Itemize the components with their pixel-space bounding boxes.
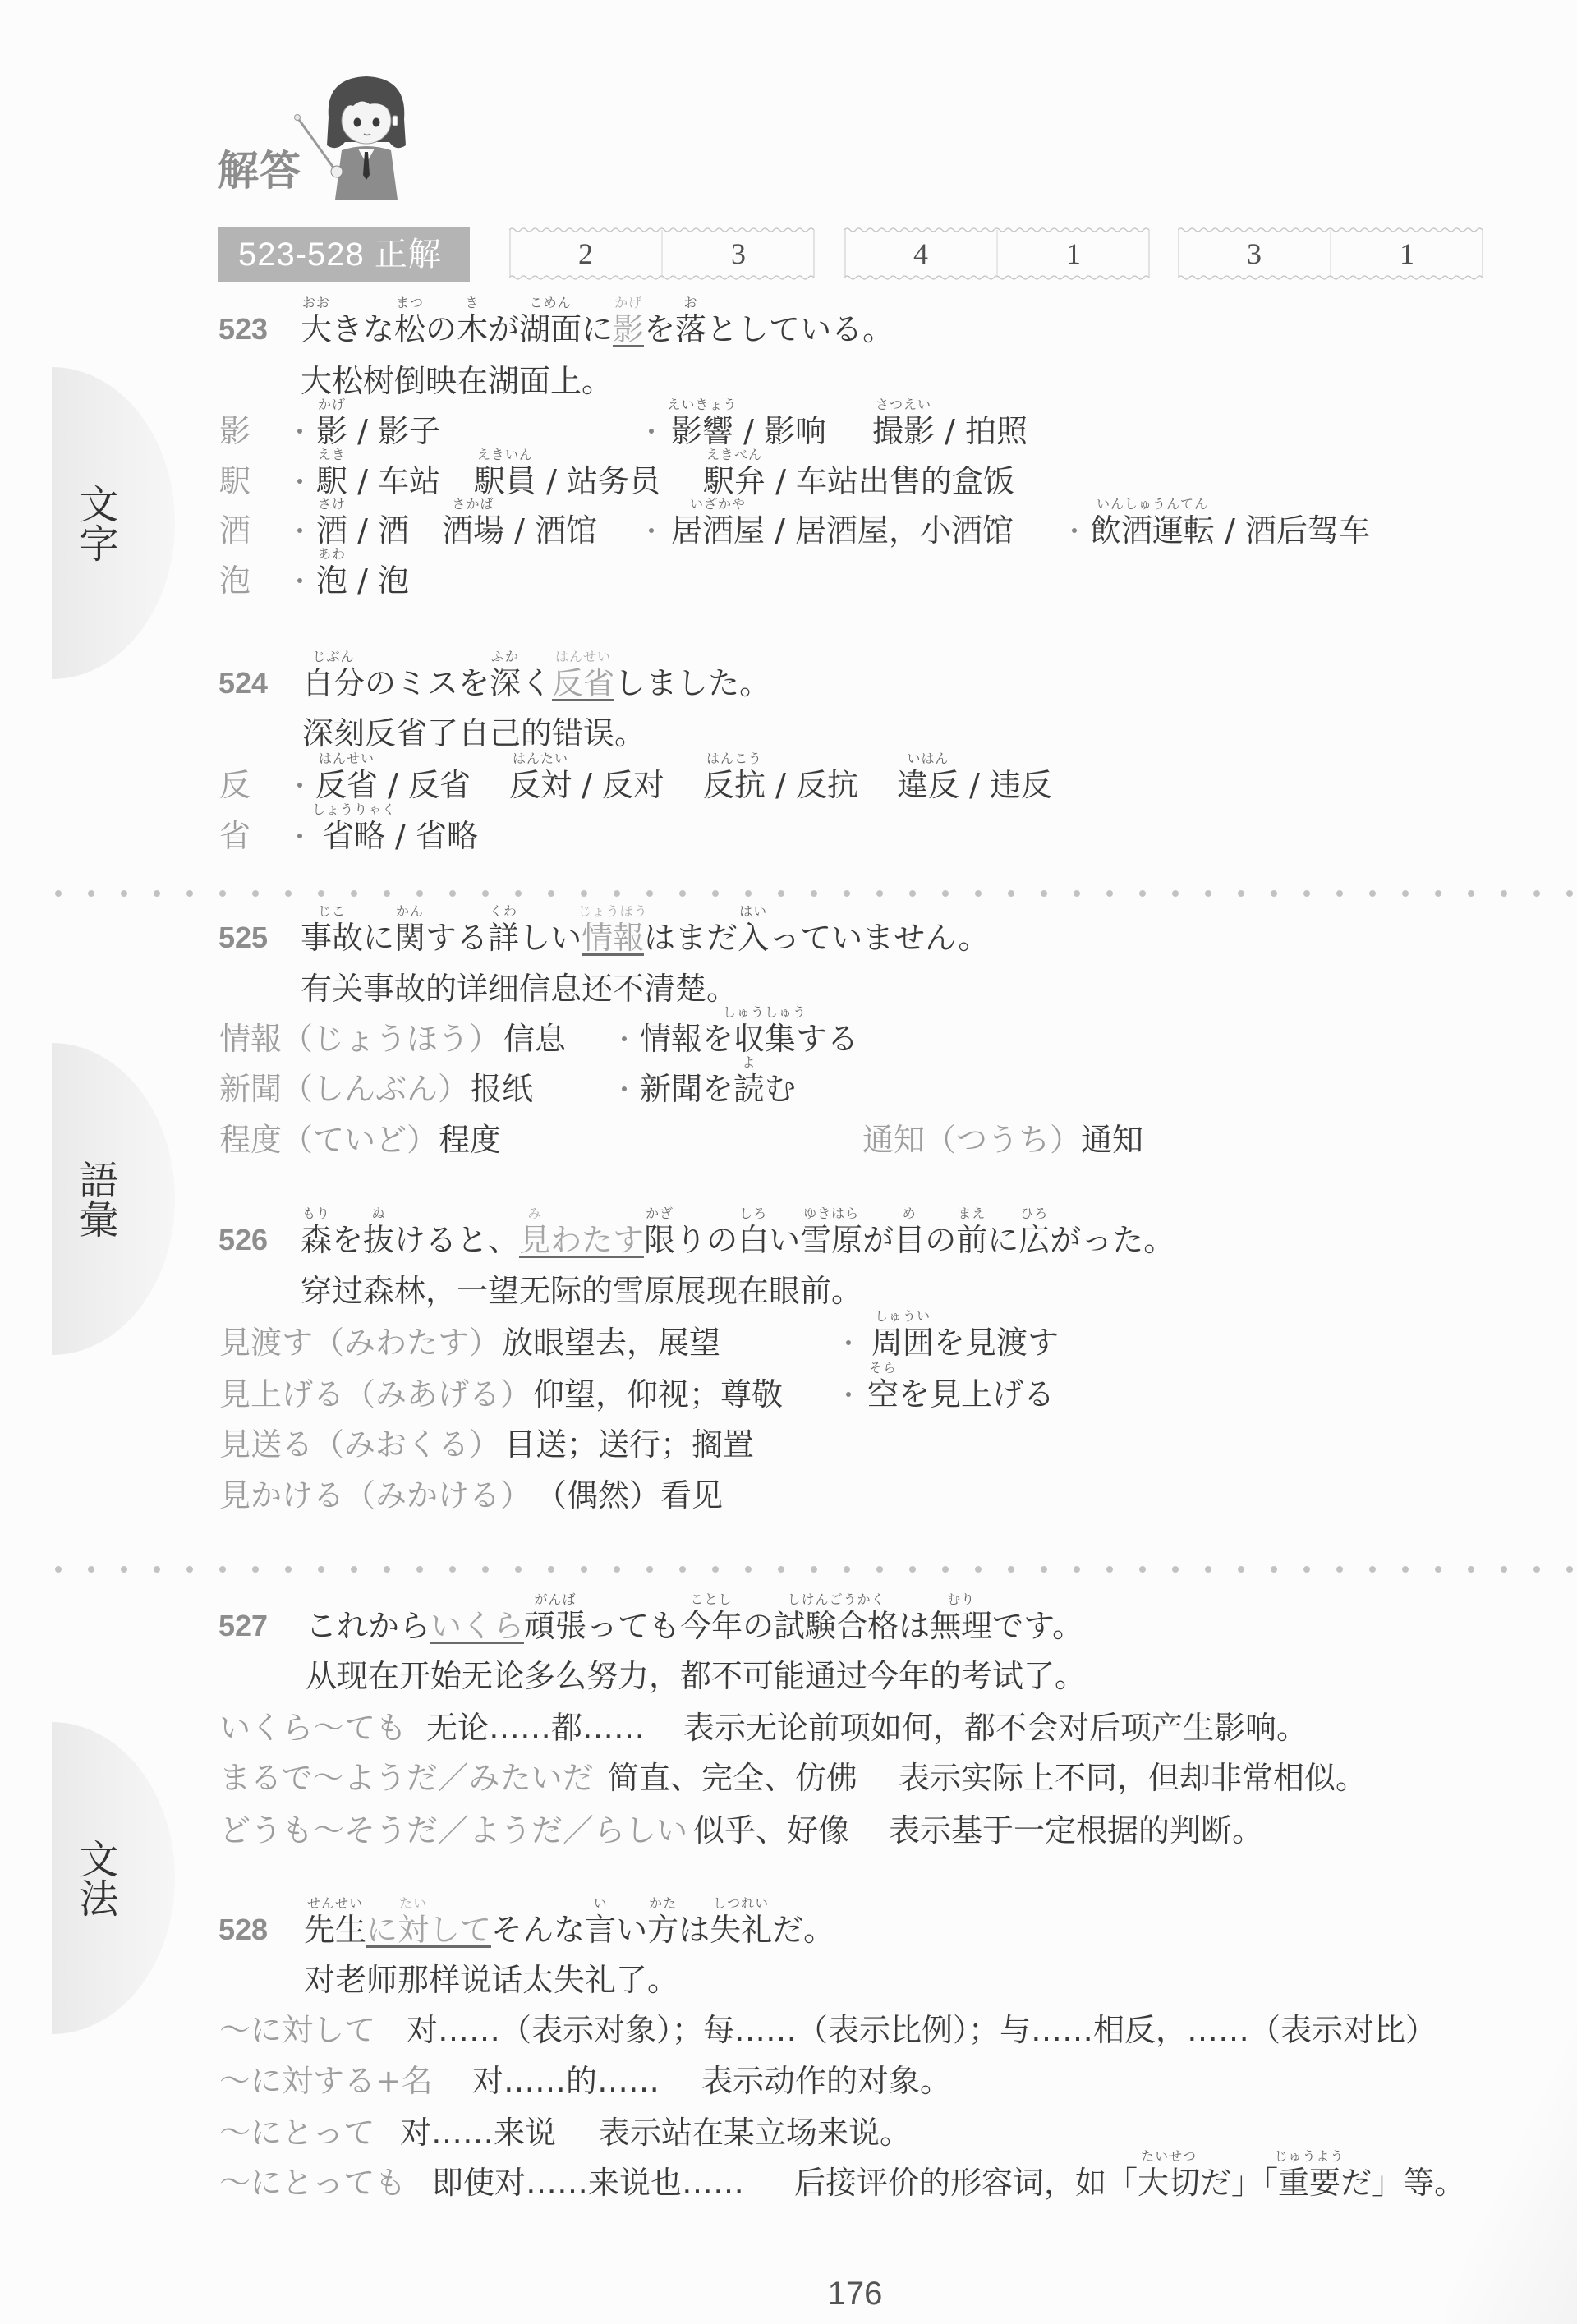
bullet-icon xyxy=(846,1340,851,1345)
base-text: の xyxy=(925,1224,956,1256)
ruby-reading: ゆきはら xyxy=(803,1207,859,1220)
text-run: を見上げる xyxy=(899,1379,1055,1410)
page-number: 176 xyxy=(773,2277,937,2310)
ruby-reading: かげ xyxy=(318,398,346,411)
grammar-meaning: 对……（表示对象）；每……（表示比例）；与……相反，……（表示对比） xyxy=(407,2014,1437,2046)
page-curl-shadow xyxy=(1446,2020,1577,2324)
base-text: は xyxy=(678,1914,710,1945)
text-run: / 车站 xyxy=(347,466,440,497)
ruby-word: 重要じゅうよう xyxy=(1278,2167,1340,2198)
base-text: / 违反 xyxy=(959,769,1052,801)
base-text: に xyxy=(582,314,613,345)
text-run: しました。 xyxy=(614,668,770,699)
ruby-reading: しつれい xyxy=(713,1897,769,1910)
answer-range-label: 523-528 正解 xyxy=(218,227,470,282)
answer-cell: 1 xyxy=(1331,231,1483,277)
text-run: する xyxy=(425,922,488,953)
translation: 大松树倒映在湖面上。 xyxy=(301,365,613,397)
grammar-explanation: 表示实际上不同，但却非常相似。 xyxy=(899,1762,1367,1794)
base-text: 飲酒運転 xyxy=(1090,515,1215,546)
vocab-row: 反 反省はんせい / 反省 反対はんたい / 反对 反抗はんこう / 反抗 違反… xyxy=(0,769,1577,801)
word-row: 見送る（みおくる） 目送；送行；搁置 xyxy=(0,1429,1577,1460)
base-text: を見上げる xyxy=(899,1379,1055,1410)
base-text: っても xyxy=(586,1610,680,1642)
vocab-item: 反対はんたい / 反对 xyxy=(509,769,664,801)
grammar-pattern: いくら〜ても xyxy=(219,1712,407,1743)
base-text: 酒 xyxy=(316,515,347,546)
text-run: っていません。 xyxy=(769,922,989,953)
ruby-reading: よ xyxy=(743,1056,756,1069)
ruby-word: 松まつ xyxy=(394,314,425,345)
text-run: / 违反 xyxy=(959,769,1052,801)
bullet-icon xyxy=(1072,528,1077,533)
base-text: 雪原 xyxy=(800,1224,862,1256)
ruby-word: 影かげ xyxy=(316,416,347,447)
ruby-reading: み xyxy=(528,1207,542,1220)
ruby-reading: そら xyxy=(869,1362,897,1375)
ruby-reading: くわ xyxy=(490,905,517,918)
question-sentence-row: 527 これからいくら頑張がんばっても今年ことしの試験合格しけんごうかくは無理む… xyxy=(0,1610,1577,1642)
vocab-item: 飲酒運転いんしゅうんてん / 酒后驾车 xyxy=(1090,515,1370,546)
grammar-explanation: 表示基于一定根据的判断。 xyxy=(889,1815,1263,1846)
base-text: に xyxy=(363,922,394,953)
grammar-pattern: 〜にとって xyxy=(219,2117,375,2148)
translation: 深刻反省了自己的错误。 xyxy=(302,718,646,749)
vocab-item: 居酒屋いざかや / 居酒屋，小酒馆 xyxy=(671,515,1014,546)
ruby-word: 白しろ xyxy=(738,1224,769,1256)
ruby-word: 今年ことし xyxy=(680,1610,743,1642)
base-text: そんな xyxy=(491,1914,585,1945)
text-run: い xyxy=(769,1224,800,1256)
question-number: 524 xyxy=(218,668,268,699)
bullet-icon xyxy=(622,1086,627,1091)
text-run: は xyxy=(678,1914,710,1945)
ruby-word: 酒場さかば xyxy=(442,515,504,546)
ruby-word: 反対はんたい xyxy=(509,769,572,801)
vocab-item: 駅弁えきべん / 车站出售的盒饭 xyxy=(703,466,1014,497)
word-row: 見かける（みかける） （偶然）看见 xyxy=(0,1480,1577,1511)
text-run: の xyxy=(925,1224,956,1256)
base-text: はまだ xyxy=(644,922,738,953)
ruby-word: 撮影さつえい xyxy=(872,416,935,447)
question-sentence-row: 528 先生せんせいに対たいしてそんな言いい方かたは失礼しつれいだ。 xyxy=(0,1914,1577,1945)
base-text: 見 xyxy=(519,1224,550,1258)
bullet-icon xyxy=(649,429,654,434)
word-term: 情報（じょうほう） xyxy=(219,1023,500,1054)
base-text: 自分 xyxy=(302,668,365,699)
ruby-reading: ことし xyxy=(691,1593,733,1606)
ruby-word: 反抗はんこう xyxy=(703,769,766,801)
word-meaning: 程度 xyxy=(439,1124,501,1155)
vocab-item: 反省はんせい / 反省 xyxy=(315,769,471,801)
bullet-icon xyxy=(297,479,302,484)
ruby-word: 詳くわ xyxy=(488,922,519,953)
translation: 有关事故的详细信息还不清楚。 xyxy=(301,973,738,1004)
base-text: する xyxy=(796,1023,858,1054)
grammar-row: 〜にとっても 即使对……来说也…… 后接评价的形容词，如「大切たいせつだ」「重要… xyxy=(0,2167,1577,2198)
target-word: に xyxy=(366,1914,398,1948)
answer-cell: 4 xyxy=(844,231,997,277)
ruby-reading: かた xyxy=(649,1897,677,1910)
text-run: / 站务员 xyxy=(536,466,660,497)
base-text: / 影子 xyxy=(347,416,440,447)
base-text: 方 xyxy=(647,1914,678,1945)
question-sentence-row: 526 森もりを抜ぬけると、見みわたす限かぎりの白しろい雪原ゆきはらが目めの前ま… xyxy=(0,1224,1577,1256)
bullet-icon xyxy=(622,1036,627,1041)
base-text: / 反对 xyxy=(572,769,664,801)
question-sentence-row: 524 自分じぶんのミスを深ふかく反省はんせいしました。 xyxy=(0,668,1577,699)
word-meaning: 报纸 xyxy=(471,1073,533,1105)
base-text: 影 xyxy=(613,314,644,347)
grammar-row: いくら〜ても 无论……都…… 表示无论前项如何，都不会对后项产生影响。 xyxy=(0,1712,1577,1743)
ruby-reading: さかば xyxy=(452,498,494,511)
grammar-explanation: 表示站在某立场来说。 xyxy=(599,2117,911,2148)
ruby-word: 大切たいせつ xyxy=(1138,2167,1200,2198)
base-text: 大 xyxy=(301,314,332,345)
question-sentence: 森もりを抜ぬけると、見みわたす限かぎりの白しろい雪原ゆきはらが目めの前まえに広ひ… xyxy=(301,1224,1175,1258)
vocab-row: 泡 泡あわ / 泡 xyxy=(0,565,1577,596)
grammar-row: 〜に対する+名 对……的…… 表示动作的对象。 xyxy=(0,2065,1577,2097)
text-run: の xyxy=(425,314,457,345)
base-text: い xyxy=(769,1224,800,1256)
ruby-word: 頑張がんば xyxy=(524,1610,586,1642)
text-run: 新聞を xyxy=(640,1073,733,1105)
vocab-row: 駅 駅えき / 车站 駅員えきいん / 站务员 駅弁えきべん / 车站出售的盒饭 xyxy=(0,466,1577,497)
base-text: わたす xyxy=(550,1224,644,1258)
text-run: 后接评价的形容词，如「 xyxy=(794,2167,1138,2198)
base-text: / 泡 xyxy=(347,565,409,596)
text-run: がった。 xyxy=(1050,1224,1175,1256)
base-text: く xyxy=(521,668,552,699)
base-text: 松 xyxy=(394,314,425,345)
ruby-word: 雪原ゆきはら xyxy=(800,1224,862,1256)
base-text: 森 xyxy=(301,1224,332,1256)
base-text: 広 xyxy=(1018,1224,1050,1256)
text-run: しい xyxy=(519,922,582,953)
ruby-word: 先生せんせい xyxy=(304,1914,366,1945)
base-text: 反抗 xyxy=(703,769,766,801)
kanji-label: 駅 xyxy=(219,466,251,497)
ruby-reading: かげ xyxy=(614,296,642,310)
ruby-word: 収集しゅうしゅう xyxy=(733,1023,796,1054)
base-text: 泡 xyxy=(316,565,347,596)
text-run: / 影响 xyxy=(733,416,826,447)
base-text: / 酒馆 xyxy=(504,515,597,546)
bullet-icon xyxy=(297,834,302,838)
base-text: 反省 xyxy=(552,668,614,701)
ruby-reading: おお xyxy=(302,296,330,310)
base-text: 駅 xyxy=(316,466,347,497)
base-text: のミスを xyxy=(365,668,490,699)
base-text: は xyxy=(899,1610,930,1642)
ruby-reading: お xyxy=(684,296,698,310)
kanji-label: 省 xyxy=(219,820,251,852)
ruby-reading: じょうほう xyxy=(578,905,648,918)
base-text: 無理 xyxy=(930,1610,992,1642)
grammar-explanation: 表示无论前项如何，都不会对后项产生影响。 xyxy=(683,1712,1308,1743)
ruby-reading: もり xyxy=(302,1207,330,1220)
answer-cell: 1 xyxy=(997,231,1150,277)
text-run: はまだ xyxy=(644,922,738,953)
side-tab-label: 文法 xyxy=(76,1839,115,1918)
base-text: 試験合格 xyxy=(774,1610,899,1642)
target-word: 情報じょうほう xyxy=(582,922,644,956)
base-text: 言 xyxy=(585,1914,616,1945)
grammar-meaning: 无论……都…… xyxy=(426,1712,645,1743)
base-text: 情報を xyxy=(640,1023,733,1054)
base-text: しました。 xyxy=(614,668,770,699)
ruby-word: 居酒屋いざかや xyxy=(671,515,765,546)
grammar-row: 〜に対して 对……（表示对象）；每……（表示比例）；与……相反，……（表示对比） xyxy=(0,2014,1577,2046)
ruby-word: 落お xyxy=(675,314,706,345)
question-sentence: 先生せんせいに対たいしてそんな言いい方かたは失礼しつれいだ。 xyxy=(304,1914,834,1948)
text-run: は xyxy=(899,1610,930,1642)
grammar-pattern: 〜に対する+名 xyxy=(219,2065,433,2097)
base-text: 駅員 xyxy=(474,466,536,497)
base-text: 湖面 xyxy=(519,314,582,345)
ruby-reading: むり xyxy=(947,1593,975,1606)
word-example: 空そらを見上げる xyxy=(867,1379,1055,1410)
ruby-reading: じぶん xyxy=(312,650,354,664)
base-text: 入 xyxy=(738,922,769,953)
dotted-separator xyxy=(55,1565,1577,1573)
word-meaning: 放眼望去，展望 xyxy=(502,1327,720,1358)
ruby-word: 森もり xyxy=(301,1224,332,1256)
base-text: だ。 xyxy=(772,1914,834,1945)
word-meaning: 目送；送行；搁置 xyxy=(504,1429,754,1460)
text-run: としている。 xyxy=(706,314,894,345)
ruby-reading: ぬ xyxy=(372,1207,386,1220)
answer-group-1: 2 3 xyxy=(509,226,815,282)
ruby-reading: まつ xyxy=(396,296,424,310)
ruby-reading: かぎ xyxy=(646,1207,674,1220)
word-row: 情報（じょうほう） 信息 情報を収集しゅうしゅうする xyxy=(0,1023,1577,1054)
target-word: 影かげ xyxy=(613,314,644,347)
text-run: りの xyxy=(675,1224,738,1256)
ruby-word: 無理むり xyxy=(930,1610,992,1642)
ruby-reading: さけ xyxy=(318,498,346,511)
base-text: / 站务员 xyxy=(536,466,660,497)
ruby-reading: こめん xyxy=(530,296,572,310)
question-sentence: 自分じぶんのミスを深ふかく反省はんせいしました。 xyxy=(302,668,770,701)
base-text: い xyxy=(616,1914,647,1945)
ruby-word: 駅員えきいん xyxy=(474,466,536,497)
grammar-meaning: 对……的…… xyxy=(472,2065,660,2097)
vocab-item: 酒さけ / 酒 xyxy=(316,515,409,546)
grammar-pattern: 〜に対して xyxy=(219,2014,375,2046)
ruby-reading: しけんごうかく xyxy=(788,1593,885,1606)
ruby-word: 言い xyxy=(585,1914,616,1945)
base-text: 事故 xyxy=(301,922,363,953)
ruby-reading: いざかや xyxy=(690,498,746,511)
ruby-word: 前まえ xyxy=(956,1224,987,1256)
base-text: 撮影 xyxy=(872,416,935,447)
text-run: / 居酒屋，小酒馆 xyxy=(765,515,1014,546)
translation-row: 大松树倒映在湖面上。 xyxy=(0,365,1577,397)
base-text: 関 xyxy=(394,922,425,953)
base-text: 対 xyxy=(398,1914,429,1948)
base-text: する xyxy=(425,922,488,953)
ruby-reading: め xyxy=(903,1207,917,1220)
base-text: / 反抗 xyxy=(766,769,858,801)
ruby-word: 入はい xyxy=(738,922,769,953)
ruby-reading: せんせい xyxy=(307,1897,363,1910)
bullet-icon xyxy=(297,429,302,434)
word-meaning: 仰望，仰视；尊敬 xyxy=(533,1379,783,1410)
kanji-label: 反 xyxy=(219,769,251,801)
grammar-meaning: 简直、完全、仿佛 xyxy=(608,1762,857,1794)
text-run: を見渡す xyxy=(934,1327,1059,1358)
vocab-item: 駅員えきいん / 站务员 xyxy=(474,466,660,497)
ruby-word: 方かた xyxy=(647,1914,678,1945)
textbook-page: 解答 523-528 正解 2 3 xyxy=(0,0,1577,2324)
ruby-word: 失礼しつれい xyxy=(710,1914,772,1945)
text-run: を xyxy=(332,1224,363,1256)
ruby-reading: はんせい xyxy=(555,650,611,664)
ruby-reading: はんこう xyxy=(706,752,762,765)
ruby-word: 飲酒運転いんしゅうんてん xyxy=(1090,515,1215,546)
grammar-explanation: 后接评价的形容词，如「大切たいせつだ」「重要じゅうようだ」等。 xyxy=(794,2167,1465,2198)
ruby-reading: さつえい xyxy=(876,398,931,411)
question-sentence: 大おおきな松まつの木きが湖面こめんに影かげを落おとしている。 xyxy=(301,314,894,347)
vocab-item: 省略しょうりゃく / 省略 xyxy=(323,820,478,852)
base-text: 落 xyxy=(675,314,706,345)
ruby-word: 抜ぬ xyxy=(363,1224,394,1256)
word-term: 見渡す（みわたす） xyxy=(219,1327,500,1358)
base-text: / 酒 xyxy=(347,515,409,546)
ruby-reading: き xyxy=(466,296,480,310)
grammar-explanation: 表示动作的对象。 xyxy=(701,2065,951,2097)
base-text: がった。 xyxy=(1050,1224,1175,1256)
word-term: 程度（ていど） xyxy=(219,1124,438,1155)
vocab-item: 違反いはん / 违反 xyxy=(897,769,1052,801)
vocab-item: 泡あわ / 泡 xyxy=(316,565,409,596)
word-example: 周囲しゅういを見渡す xyxy=(871,1327,1059,1358)
base-text: / 拍照 xyxy=(935,416,1028,447)
text-run: / 影子 xyxy=(347,416,440,447)
word-meaning: 信息 xyxy=(503,1023,566,1054)
target-word: して xyxy=(429,1914,491,1948)
base-text: む xyxy=(765,1073,796,1105)
base-text: 今年 xyxy=(680,1610,743,1642)
bullet-icon xyxy=(297,783,302,788)
ruby-word: 読よ xyxy=(733,1073,765,1105)
text-run: の xyxy=(743,1610,774,1642)
vocab-item: 酒場さかば / 酒馆 xyxy=(442,515,597,546)
base-text: / 反省 xyxy=(378,769,471,801)
base-text: これから xyxy=(306,1610,430,1642)
grammar-row: まるで〜ようだ／みたいだ 简直、完全、仿佛 表示实际上不同，但却非常相似。 xyxy=(0,1762,1577,1794)
base-text: の xyxy=(743,1610,774,1642)
question-sentence-row: 523 大おおきな松まつの木きが湖面こめんに影かげを落おとしている。 xyxy=(0,314,1577,345)
ruby-reading: たい xyxy=(399,1897,427,1910)
ruby-reading: しろ xyxy=(739,1207,767,1220)
bullet-icon xyxy=(846,1392,851,1397)
base-text: 読 xyxy=(733,1073,765,1105)
ruby-word: 広ひろ xyxy=(1018,1224,1050,1256)
text-run: に xyxy=(987,1224,1018,1256)
ruby-reading: ふか xyxy=(491,650,519,664)
grammar-pattern: どうも〜そうだ／ようだ／らしい xyxy=(219,1815,687,1846)
ruby-reading: たいせつ xyxy=(1141,2150,1197,2163)
ruby-reading: まえ xyxy=(958,1207,986,1220)
bullet-icon xyxy=(297,528,302,533)
vocab-item: 駅えき / 车站 xyxy=(316,466,440,497)
ruby-word: 湖面こめん xyxy=(519,314,582,345)
text-run: / 酒馆 xyxy=(504,515,597,546)
target-word: 反省はんせい xyxy=(552,668,614,701)
question-number: 525 xyxy=(218,922,268,953)
base-text: 深 xyxy=(490,668,521,699)
ruby-reading: えきいん xyxy=(477,448,533,462)
ruby-word: 泡あわ xyxy=(316,565,347,596)
ruby-word: 大おお xyxy=(301,314,332,345)
ruby-word: 周囲しゅうい xyxy=(871,1327,934,1358)
base-text: 前 xyxy=(956,1224,987,1256)
answer-cell: 3 xyxy=(662,231,815,277)
ruby-word: 反省はんせい xyxy=(315,769,378,801)
ruby-reading: はんたい xyxy=(513,752,568,765)
vocab-item: 影かげ / 影子 xyxy=(316,416,440,447)
base-text: 重要 xyxy=(1278,2167,1340,2198)
word-term: 通知（つうち） xyxy=(862,1124,1081,1155)
kanji-label: 酒 xyxy=(219,515,251,546)
translation: 穿过森林，一望无际的雪原展现在眼前。 xyxy=(301,1275,862,1307)
ruby-word: 省略しょうりゃく xyxy=(323,820,385,852)
grammar-row: どうも〜そうだ／ようだ／らしい 似乎、好像 表示基于一定根据的判断。 xyxy=(0,1815,1577,1846)
text-run: / 酒 xyxy=(347,515,409,546)
kanji-label: 泡 xyxy=(219,565,251,596)
text-run: だ」「 xyxy=(1200,2167,1278,2198)
base-text: 違反 xyxy=(897,769,959,801)
question-sentence: 事故じこに関かんする詳くわしい情報じょうほうはまだ入はいっていません。 xyxy=(301,922,989,956)
question-number: 528 xyxy=(218,1914,268,1945)
translation-row: 从现在开始无论多么努力，都不可能通过今年的考试了。 xyxy=(0,1660,1577,1692)
word-term: 見かける（みかける） xyxy=(219,1480,531,1511)
ruby-word: 事故じこ xyxy=(301,922,363,953)
answer-group-2: 4 1 xyxy=(844,226,1150,282)
text-run: が xyxy=(488,314,519,345)
vocab-item: 反抗はんこう / 反抗 xyxy=(703,769,858,801)
ruby-reading: あわ xyxy=(318,548,346,561)
base-text: 白 xyxy=(738,1224,769,1256)
word-row: 程度（ていど） 程度 通知（つうち） 通知 xyxy=(0,1124,1577,1155)
text-run: / 拍照 xyxy=(935,416,1028,447)
answer-group-3: 3 1 xyxy=(1178,226,1483,282)
base-text: / 车站 xyxy=(347,466,440,497)
base-text: いくら xyxy=(430,1610,524,1644)
base-text: して xyxy=(429,1914,491,1948)
base-text: 大切 xyxy=(1138,2167,1200,2198)
ruby-word: 駅えき xyxy=(316,466,347,497)
base-text: です。 xyxy=(992,1610,1083,1642)
bullet-icon xyxy=(297,578,302,583)
base-text: / 酒后驾车 xyxy=(1215,515,1370,546)
ruby-word: 限かぎ xyxy=(644,1224,675,1256)
translation-row: 对老师那样说话太失礼了。 xyxy=(0,1964,1577,1996)
word-meaning: 通知 xyxy=(1081,1124,1143,1155)
ruby-word: 影響えいきょう xyxy=(671,416,733,447)
base-text: を見渡す xyxy=(934,1327,1059,1358)
vocab-item: 影響えいきょう / 影响 xyxy=(671,416,826,447)
question-sentence: これからいくら頑張がんばっても今年ことしの試験合格しけんごうかくは無理むりです。 xyxy=(306,1610,1083,1644)
target-word: 見み xyxy=(519,1224,550,1258)
target-word: わたす xyxy=(550,1224,644,1258)
text-run: する xyxy=(796,1023,858,1054)
ruby-word: 深ふか xyxy=(490,668,521,699)
ruby-word: 自分じぶん xyxy=(302,668,365,699)
ruby-word: 関かん xyxy=(394,922,425,953)
